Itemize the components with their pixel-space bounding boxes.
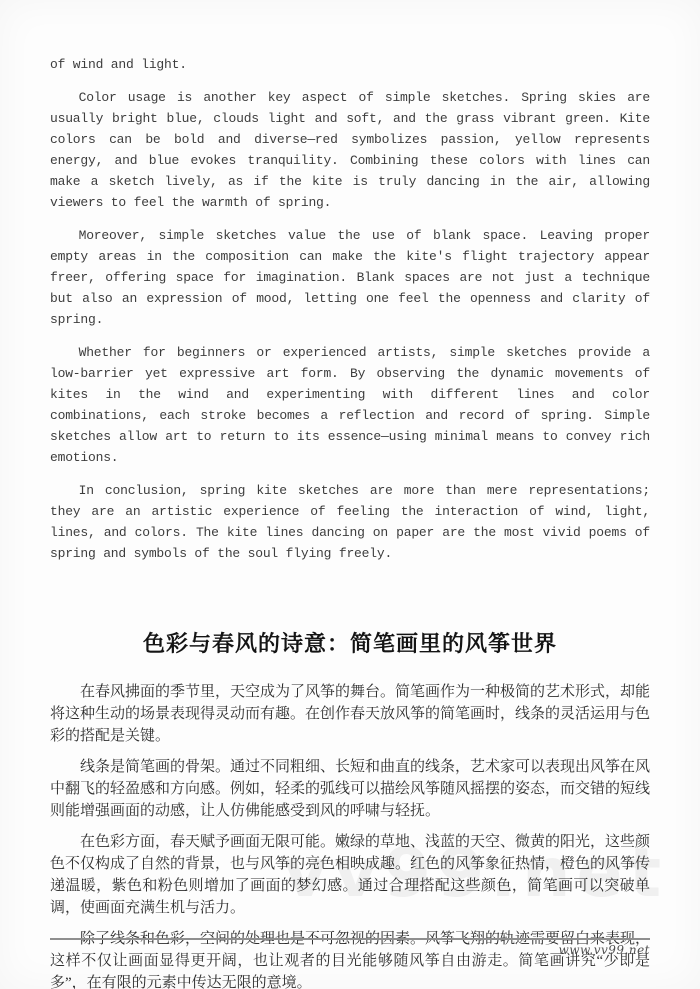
chinese-paragraph: 在春风拂面的季节里，天空成为了风筝的舞台。简笔画作为一种极简的艺术形式，却能将这…	[50, 681, 650, 747]
chinese-paragraph: 在色彩方面，春天赋予画面无限可能。嫩绿的草地、浅蓝的天空、微黄的阳光，这些颜色不…	[50, 831, 650, 919]
chinese-paragraph: 线条是简笔画的骨架。通过不同粗细、长短和曲直的线条，艺术家可以表现出风筝在风中翻…	[50, 756, 650, 822]
page-footer: www.vv99.net	[50, 938, 650, 957]
english-paragraph: Moreover, simple sketches value the use …	[50, 225, 650, 330]
footer-site-url: www.vv99.net	[50, 943, 650, 957]
english-paragraph: of wind and light.	[50, 54, 650, 75]
english-section: of wind and light. Color usage is anothe…	[50, 54, 650, 564]
english-paragraph: Whether for beginners or experienced art…	[50, 342, 650, 468]
page-content: of wind and light. Color usage is anothe…	[0, 0, 700, 989]
article-title: 色彩与春风的诗意：简笔画里的风筝世界	[50, 629, 650, 659]
footer-divider	[50, 938, 650, 940]
english-paragraph: In conclusion, spring kite sketches are …	[50, 480, 650, 564]
english-paragraph: Color usage is another key aspect of sim…	[50, 87, 650, 213]
document-page: vv99.net of wind and light. Color usage …	[0, 0, 700, 989]
